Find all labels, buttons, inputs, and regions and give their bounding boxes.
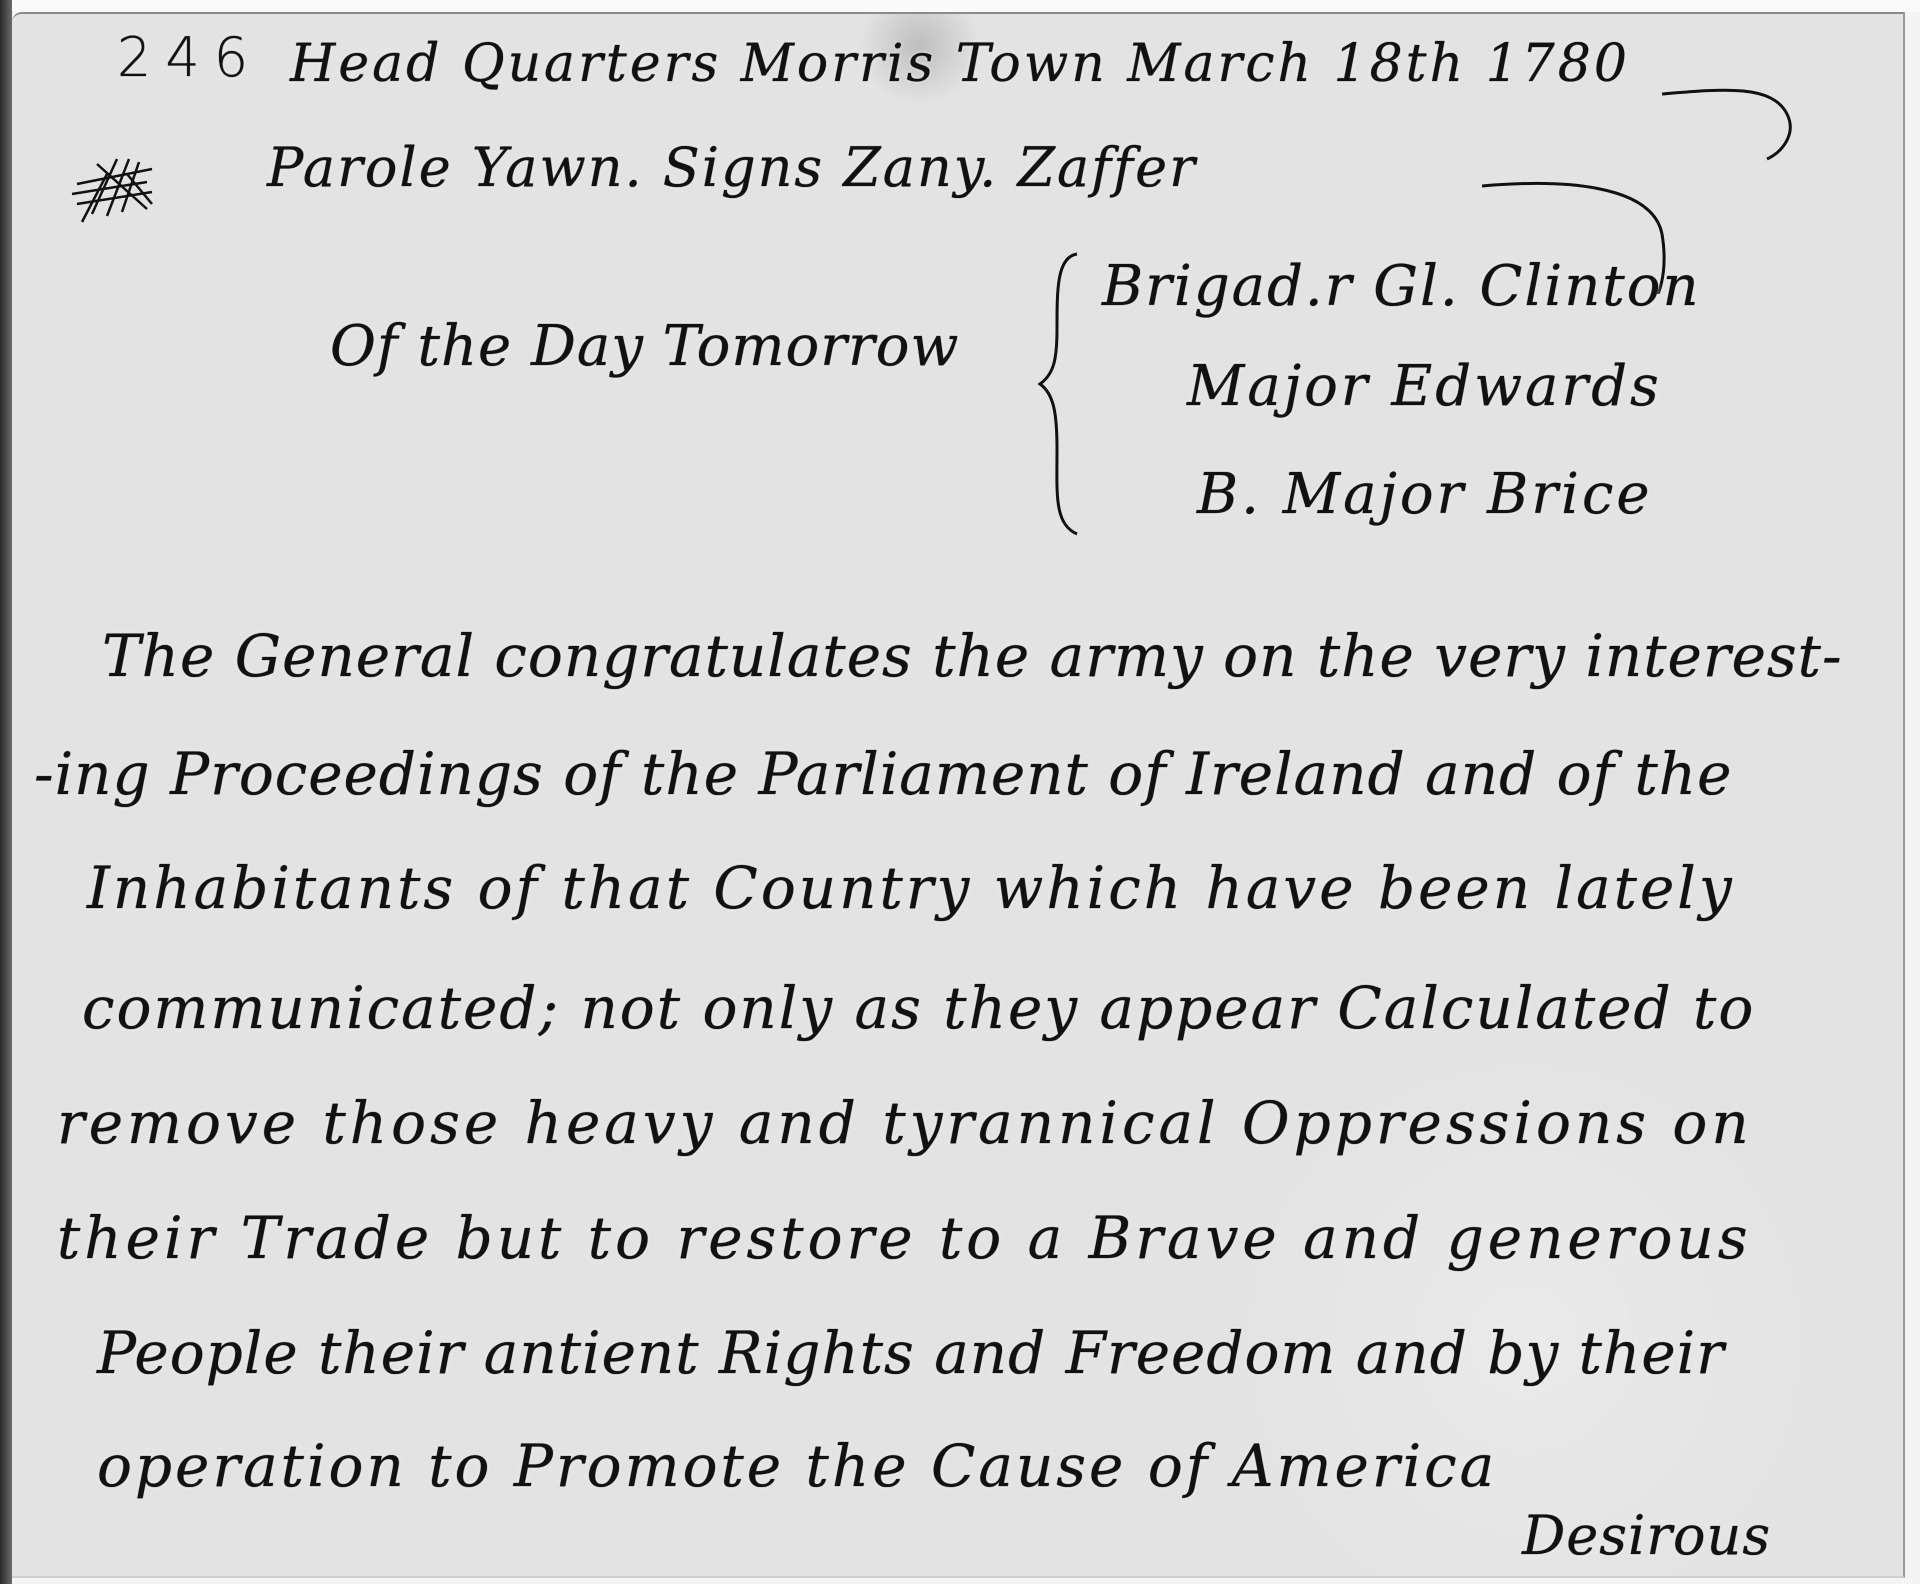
body-line-3: Inhabitants of that Country which have b…	[87, 854, 1735, 922]
body-line-2: -ing Proceedings of the Parliament of Ir…	[34, 740, 1732, 808]
manuscript-page: 246 Head Quarters Morris Town March 18th…	[12, 12, 1905, 1578]
officer-major: Major Edwards	[1187, 354, 1662, 419]
body-line-1: The General congratulates the army on th…	[102, 622, 1843, 690]
heading: Head Quarters Morris Town March 18th 178…	[290, 34, 1630, 94]
body-line-5: remove those heavy and tyrannical Oppres…	[57, 1089, 1753, 1157]
officers-of-the-day-label: Of the Day Tomorrow	[330, 314, 959, 379]
scan-left-edge	[0, 0, 12, 1584]
body-line-4: communicated; not only as they appear Ca…	[82, 974, 1755, 1042]
scan-top-margin	[0, 0, 1920, 12]
page-number: 246	[117, 26, 262, 89]
officer-brigadier: Brigad.r Gl. Clinton	[1102, 254, 1701, 319]
body-line-8: operation to Promote the Cause of Americ…	[97, 1432, 1497, 1500]
officer-brigade-major: B. Major Brice	[1197, 462, 1652, 527]
crossed-out-mark-icon	[67, 154, 162, 224]
body-line-6: their Trade but to restore to a Brave an…	[57, 1204, 1752, 1272]
closing-catchword: Desirous	[1522, 1504, 1771, 1567]
parole-countersigns: Parole Yawn. Signs Zany. Zaffer	[267, 136, 1197, 199]
curly-brace-icon	[1032, 249, 1092, 539]
heading-flourish-icon	[1662, 74, 1802, 164]
body-line-7: People their antient Rights and Freedom …	[97, 1319, 1725, 1387]
